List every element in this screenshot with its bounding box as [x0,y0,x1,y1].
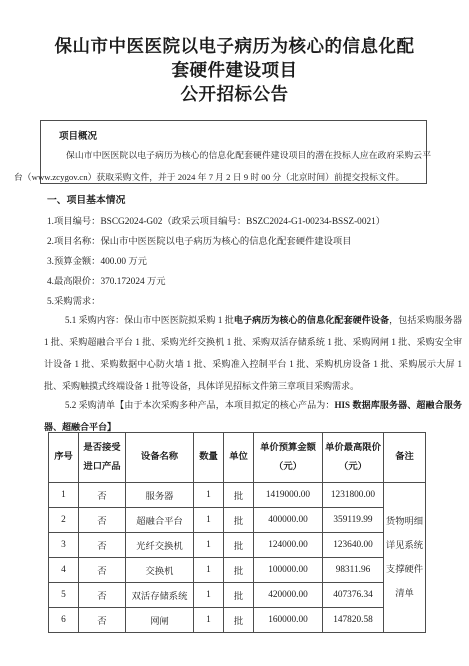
paragraph-procurement-content: 5.1 采购内容：保山市中医医院拟采购 1 批电子病历为核心的信息化配套硬件设备… [44,309,462,397]
cell-quantity: 1 [194,508,224,533]
cell-quantity: 1 [194,533,224,558]
cell-cap: 123640.00 [323,533,384,558]
cell-cap: 98311.96 [323,558,384,583]
cell-unit: 批 [224,608,254,633]
cell-unit: 批 [224,533,254,558]
cell-cap: 147820.58 [323,608,384,633]
cell-unit: 批 [224,483,254,508]
cell-serial: 4 [49,558,79,583]
column-header-quantity: 数量 [194,433,224,483]
cell-budget: 100000.00 [254,558,323,583]
column-header-unit: 单位 [224,433,254,483]
overview-heading: 项目概况 [59,128,97,142]
column-header-remark: 备注 [384,433,426,483]
cell-import: 否 [79,558,126,583]
cell-serial: 3 [49,533,79,558]
cell-import: 否 [79,483,126,508]
table-row-4: 4 否 交换机 1 批 100000.00 98311.96 [49,558,426,583]
column-header-cap: 单价最高限价 （元） [323,433,384,483]
list-item-price-cap: 4.最高限价：370.172024 万元 [47,272,457,292]
cell-equipment: 光纤交换机 [126,533,194,558]
table-row-3: 3 否 光纤交换机 1 批 124000.00 123640.00 [49,533,426,558]
cell-serial: 5 [49,583,79,608]
cell-serial: 2 [49,508,79,533]
column-header-serial: 序号 [49,433,79,483]
cell-import: 否 [79,533,126,558]
cell-quantity: 1 [194,583,224,608]
table-row-1: 1 否 服务器 1 批 1419000.00 1231800.00 货物明细详见… [49,483,426,508]
cell-equipment: 服务器 [126,483,194,508]
overview-paragraph: 保山市中医医院以电子病历为核心的信息化配套硬件建设项目的潜在投标人应在政府采购云… [14,144,431,188]
list-item-project-name: 2.项目名称：保山市中医医院以电子病历为核心的信息化配套硬件建设项目 [47,232,457,252]
table-header-row: 序号 是否接受 进口产品 设备名称 数量 单位 单价预算金额 （元） 单价最高限… [49,433,426,483]
p51-prefix: 5.1 采购内容：保山市中医医院拟采购 1 批 [65,315,234,325]
cell-equipment: 交换机 [126,558,194,583]
cell-quantity: 1 [194,608,224,633]
remark-cell: 货物明细详见系统支撑硬件清单 [384,483,426,633]
table-row-5: 5 否 双活存储系统 1 批 420000.00 407376.34 [49,583,426,608]
cell-budget: 160000.00 [254,608,323,633]
cell-equipment: 超融合平台 [126,508,194,533]
column-header-import: 是否接受 进口产品 [79,433,126,483]
p51-suffix: ，包括采购服务器 1 批、采购超融合平台 1 批、采购光纤交换机 1 批、采购双… [44,315,462,391]
cell-cap: 1231800.00 [323,483,384,508]
cell-equipment: 网闸 [126,608,194,633]
cell-quantity: 1 [194,558,224,583]
cell-serial: 6 [49,608,79,633]
cell-budget: 124000.00 [254,533,323,558]
title-line-2: 套硬件建设项目 [0,58,469,82]
bid-announcement-page: 保山市中医医院以电子病历为核心的信息化配 套硬件建设项目 公开招标公告 项目概况… [0,0,469,666]
cell-unit: 批 [224,508,254,533]
cell-budget: 1419000.00 [254,483,323,508]
procurement-table: 序号 是否接受 进口产品 设备名称 数量 单位 单价预算金额 （元） 单价最高限… [48,432,426,633]
remark-note: 货物明细详见系统支撑硬件清单 [386,517,423,599]
basic-info-list: 1.项目编号：BSCG2024-G02（政采云项目编号：BSZC2024-G1-… [47,212,457,312]
cell-unit: 批 [224,583,254,608]
cell-cap: 407376.34 [323,583,384,608]
table-row-6: 6 否 网闸 1 批 160000.00 147820.58 [49,608,426,633]
title-line-1: 保山市中医医院以电子病历为核心的信息化配 [0,34,469,58]
p52-prefix: 5.2 采购清单【由于本次采购多种产品，本项目拟定的核心产品为： [65,400,335,410]
cell-serial: 1 [49,483,79,508]
cell-quantity: 1 [194,483,224,508]
column-header-budget: 单价预算金额 （元） [254,433,323,483]
column-header-equipment: 设备名称 [126,433,194,483]
project-overview-box: 项目概况 保山市中医医院以电子病历为核心的信息化配套硬件建设项目的潜在投标人应在… [40,120,427,184]
page-title: 保山市中医医院以电子病历为核心的信息化配 套硬件建设项目 公开招标公告 [0,34,469,106]
p51-emphasis: 电子病历为核心的信息化配套硬件设备 [234,315,389,325]
cell-budget: 400000.00 [254,508,323,533]
cell-budget: 420000.00 [254,583,323,608]
remark-column-extension [384,632,426,633]
list-item-budget: 3.预算金额：400.00 万元 [47,252,457,272]
cell-import: 否 [79,583,126,608]
table-row-2: 2 否 超融合平台 1 批 400000.00 359119.99 [49,508,426,533]
cell-cap: 359119.99 [323,508,384,533]
list-item-project-number: 1.项目编号：BSCG2024-G02（政采云项目编号：BSZC2024-G1-… [47,212,457,232]
title-line-3: 公开招标公告 [0,82,469,106]
cell-unit: 批 [224,558,254,583]
section-heading-basic-info: 一、项目基本情况 [47,192,125,206]
cell-equipment: 双活存储系统 [126,583,194,608]
cell-import: 否 [79,508,126,533]
cell-import: 否 [79,608,126,633]
procurement-table-wrapper: 序号 是否接受 进口产品 设备名称 数量 单位 单价预算金额 （元） 单价最高限… [48,432,426,633]
